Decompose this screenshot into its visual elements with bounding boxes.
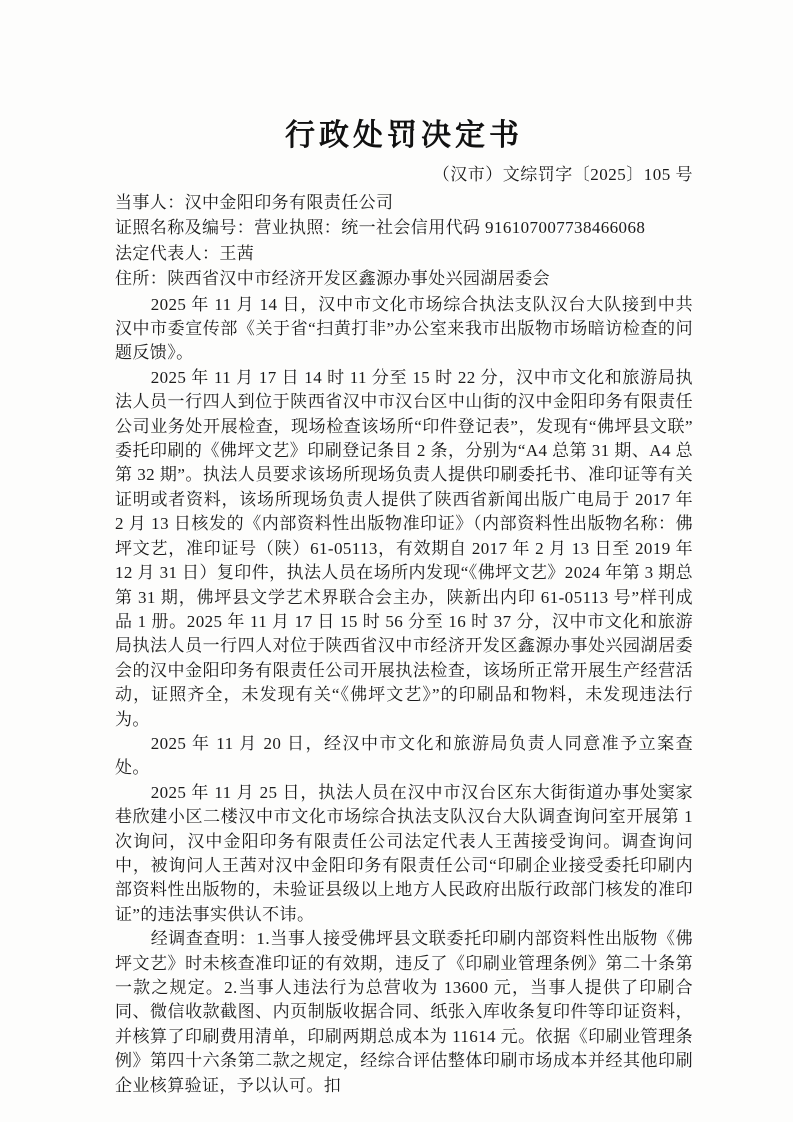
address-line: 住所：陕西省汉中市经济开发区鑫源办事处兴园湖居委会 bbox=[115, 266, 693, 291]
party-line: 当事人：汉中金阳印务有限责任公司 bbox=[115, 190, 693, 215]
paragraph-findings: 经调查查明：1.当事人接受佛坪县文联委托印刷内部资料性出版物《佛坪文艺》时未核查… bbox=[115, 927, 693, 1098]
document-page: 行政处罚决定书 （汉市）文综罚字〔2025〕105 号 当事人：汉中金阳印务有限… bbox=[0, 0, 793, 1122]
document-body: 2025 年 11 月 14 日，汉中市文化市场综合执法支队汉台大队接到中共汉中… bbox=[115, 293, 693, 1098]
paragraph-inspection: 2025 年 11 月 17 日 14 时 11 分至 15 时 22 分，汉中… bbox=[115, 366, 693, 732]
paragraph-inquiry: 2025 年 11 月 25 日，执法人员在汉中市汉台区东大街街道办事处窦家巷欣… bbox=[115, 781, 693, 927]
party-info-block: 当事人：汉中金阳印务有限责任公司 证照名称及编号：营业执照：统一社会信用代码 9… bbox=[115, 190, 693, 292]
document-content: 行政处罚决定书 （汉市）文综罚字〔2025〕105 号 当事人：汉中金阳印务有限… bbox=[115, 110, 693, 1098]
paragraph-report-received: 2025 年 11 月 14 日，汉中市文化市场综合执法支队汉台大队接到中共汉中… bbox=[115, 293, 693, 366]
document-number: （汉市）文综罚字〔2025〕105 号 bbox=[115, 162, 693, 187]
legal-representative-line: 法定代表人：王茜 bbox=[115, 241, 693, 266]
paragraph-case-filing: 2025 年 11 月 20 日，经汉中市文化和旅游局负责人同意准予立案查处。 bbox=[115, 732, 693, 781]
page-title: 行政处罚决定书 bbox=[115, 110, 693, 154]
license-line: 证照名称及编号：营业执照：统一社会信用代码 916107007738466068 bbox=[115, 215, 693, 240]
